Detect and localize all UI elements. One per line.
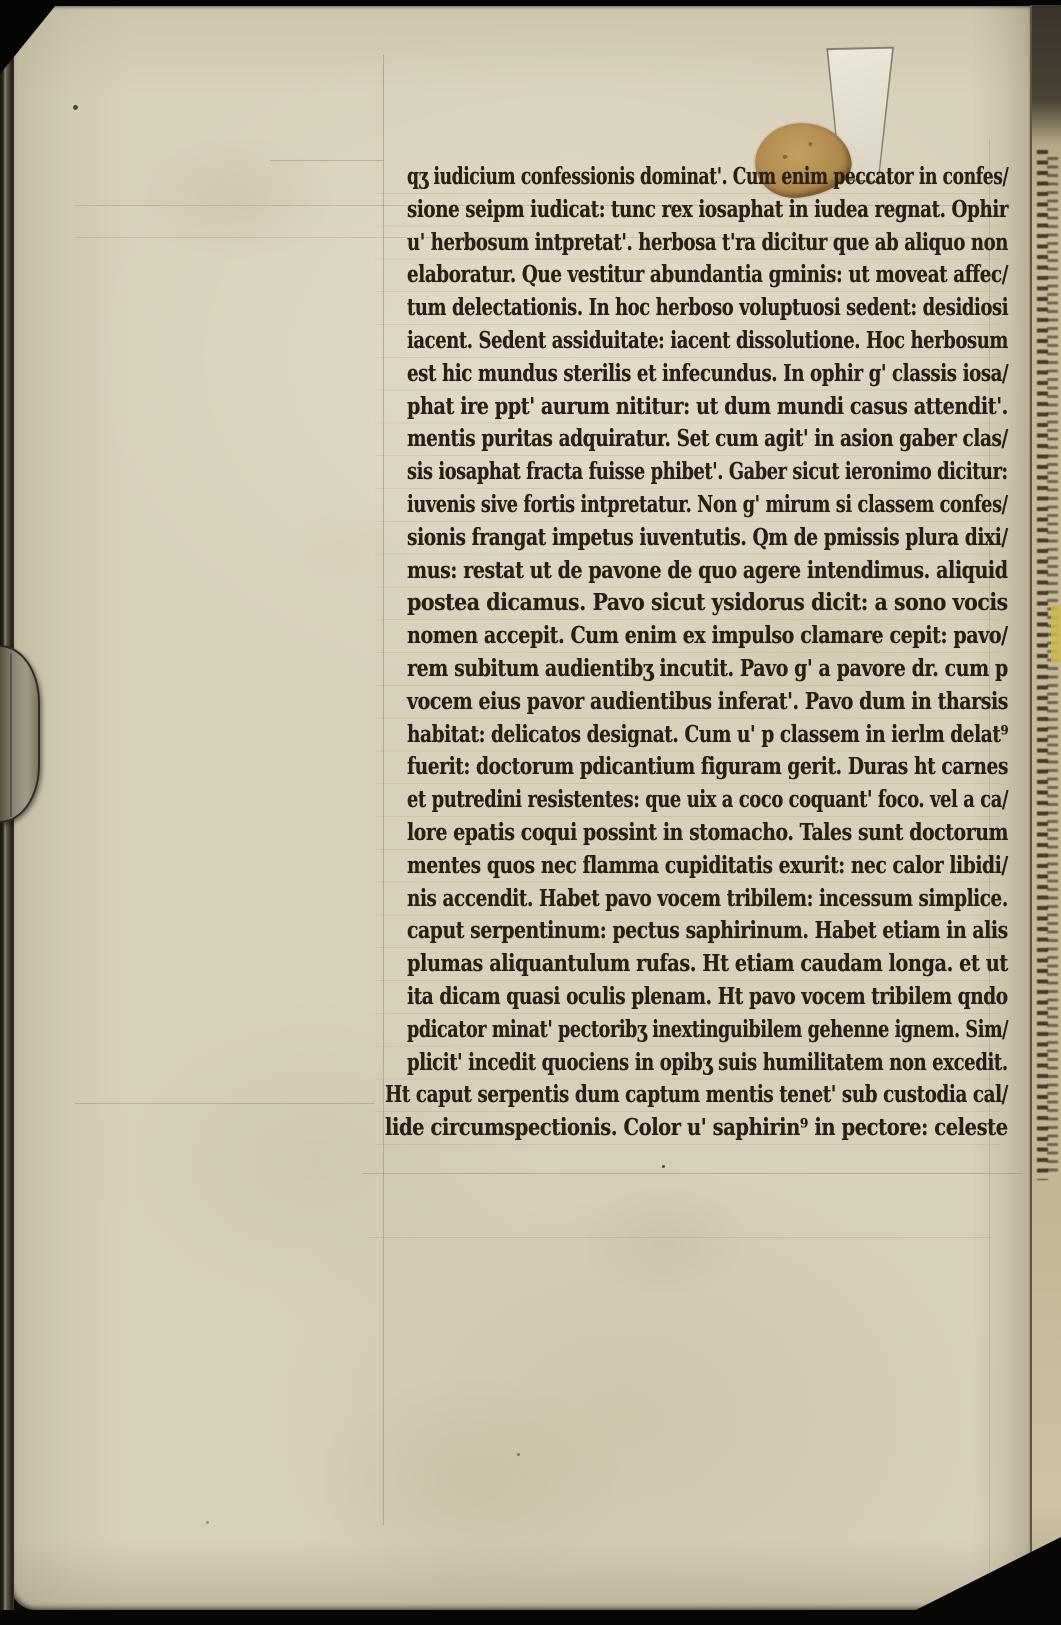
ruling-top-short <box>270 160 384 161</box>
adjacent-page-initial-highlight <box>1051 605 1061 663</box>
manuscript-line: Ht caput serpentis dum captum mentis ten… <box>385 1079 881 1112</box>
manuscript-line: mentis puritas adquiratur. Set cum agit'… <box>407 423 890 456</box>
manuscript-line: nomen accepit. Cum enim ex impulso clama… <box>407 620 905 653</box>
manuscript-line: fuerit: doctorum pdicantium figuram geri… <box>407 751 894 784</box>
manuscript-line: lide circumspectionis. Color u' saphirin… <box>385 1112 913 1145</box>
ink-speck <box>206 1521 209 1524</box>
ink-speck <box>517 1453 520 1456</box>
photo-top-edge <box>0 0 1061 6</box>
wax-stain-speckle <box>782 155 787 160</box>
adjacent-page-text-fragments <box>1047 157 1058 1177</box>
tab-crease <box>10 653 12 817</box>
manuscript-line: plumas aliquantulum rufas. Ht etiam caud… <box>407 948 910 981</box>
ruling-lower-faint <box>368 1237 993 1238</box>
manuscript-line: est hic mundus sterilis et infecundus. I… <box>407 358 882 391</box>
manuscript-line: rem subitum audientibʒ incutit. Pavo g' … <box>407 653 902 686</box>
ruling-margin-line-3 <box>75 1103 375 1104</box>
text-block: qʒ iudicium confessionis dominat'. Cum e… <box>385 161 1010 1145</box>
manuscript-line: sis iosaphat fracta fuisse phibet'. Gabe… <box>407 456 871 489</box>
manuscript-line: qʒ iudicium confessionis dominat'. Cum e… <box>407 161 853 194</box>
ruling-vertical-left <box>383 55 384 1525</box>
manuscript-line: lore epatis coqui possint in stomacho. T… <box>407 817 900 850</box>
manuscript-line: iacent. Sedent assiduitate: iacent disso… <box>407 325 876 358</box>
manuscript-line: plicit' incedit quociens in opibʒ suis h… <box>407 1047 879 1080</box>
manuscript-line: vocem eius pavor audientibus inferat'. P… <box>407 686 902 719</box>
manuscript-line: nis accendit. Habet pavo vocem tribilem:… <box>407 883 887 916</box>
manuscript-line: habitat: delicatos designat. Cum u' p cl… <box>407 719 890 752</box>
ink-speck <box>73 105 78 110</box>
manuscript-line: sionis frangat impetus iuventutis. Qm de… <box>407 522 893 555</box>
manuscript-line: iuvenis sive fortis intpretatur. Non g' … <box>407 489 870 522</box>
ink-speck <box>662 1165 665 1168</box>
manuscript-line: sione seipm iudicat: tunc rex iosaphat i… <box>407 194 884 227</box>
manuscript-photo: qʒ iudicium confessionis dominat'. Cum e… <box>0 0 1061 1625</box>
wax-stain-speckle <box>808 142 812 146</box>
manuscript-line: postea dicamus. Pavo sicut ysidorus dici… <box>407 587 942 620</box>
manuscript-line: pdicator minat' pectoribʒ inextinguibile… <box>407 1014 865 1047</box>
manuscript-line: mus: restat ut de pavone de quo agere in… <box>407 555 904 588</box>
manuscript-line: caput serpentinum: pectus saphirinum. Ha… <box>407 915 898 948</box>
manuscript-line: u' herbosum intpretat'. herbosa t'ra dic… <box>407 227 879 260</box>
manuscript-line: et putredini resistentes: que uix a coco… <box>407 784 874 817</box>
ruling-below-text <box>363 1173 1023 1174</box>
manuscript-line: tum delectationis. In hoc herboso volupt… <box>407 292 875 325</box>
manuscript-line: elaboratur. Que vestitur abundantia gmin… <box>407 259 886 292</box>
parchment-page: qʒ iudicium confessionis dominat'. Cum e… <box>10 5 1032 1610</box>
manuscript-line: phat ire ppt' aurum nititur: ut dum mund… <box>407 391 908 424</box>
manuscript-line: ita dicam quasi oculis plenam. Ht pavo v… <box>407 981 891 1014</box>
adjacent-page-edge <box>1030 5 1061 1610</box>
manuscript-line: mentes quos nec flamma cupiditatis exuri… <box>407 850 894 883</box>
